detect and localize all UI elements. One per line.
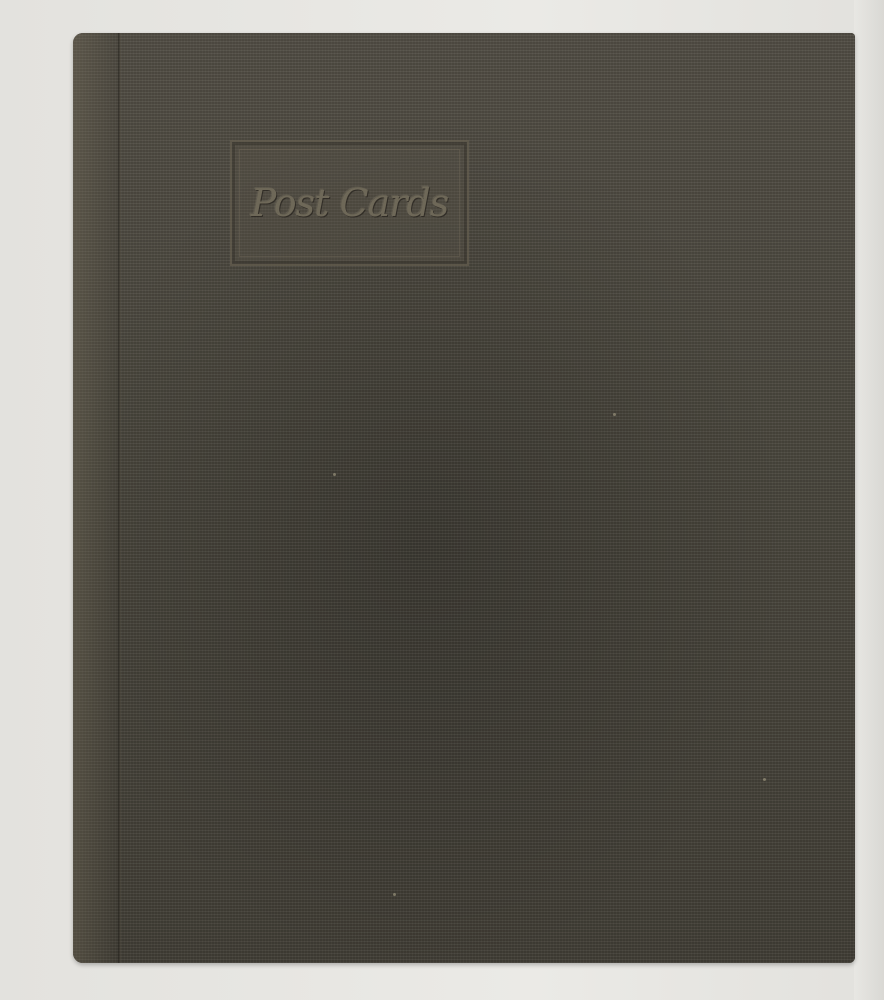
wear-spot [393, 893, 396, 896]
book-cover: Post Cards [73, 33, 855, 963]
cover-title: Post Cards [251, 181, 448, 225]
background-edge [854, 0, 884, 1000]
book-spine [73, 33, 118, 963]
wear-spot [763, 778, 766, 781]
spine-hinge [118, 33, 121, 963]
wear-spot [613, 413, 616, 416]
wear-spot [333, 473, 336, 476]
cover-label-panel: Post Cards [230, 140, 469, 266]
